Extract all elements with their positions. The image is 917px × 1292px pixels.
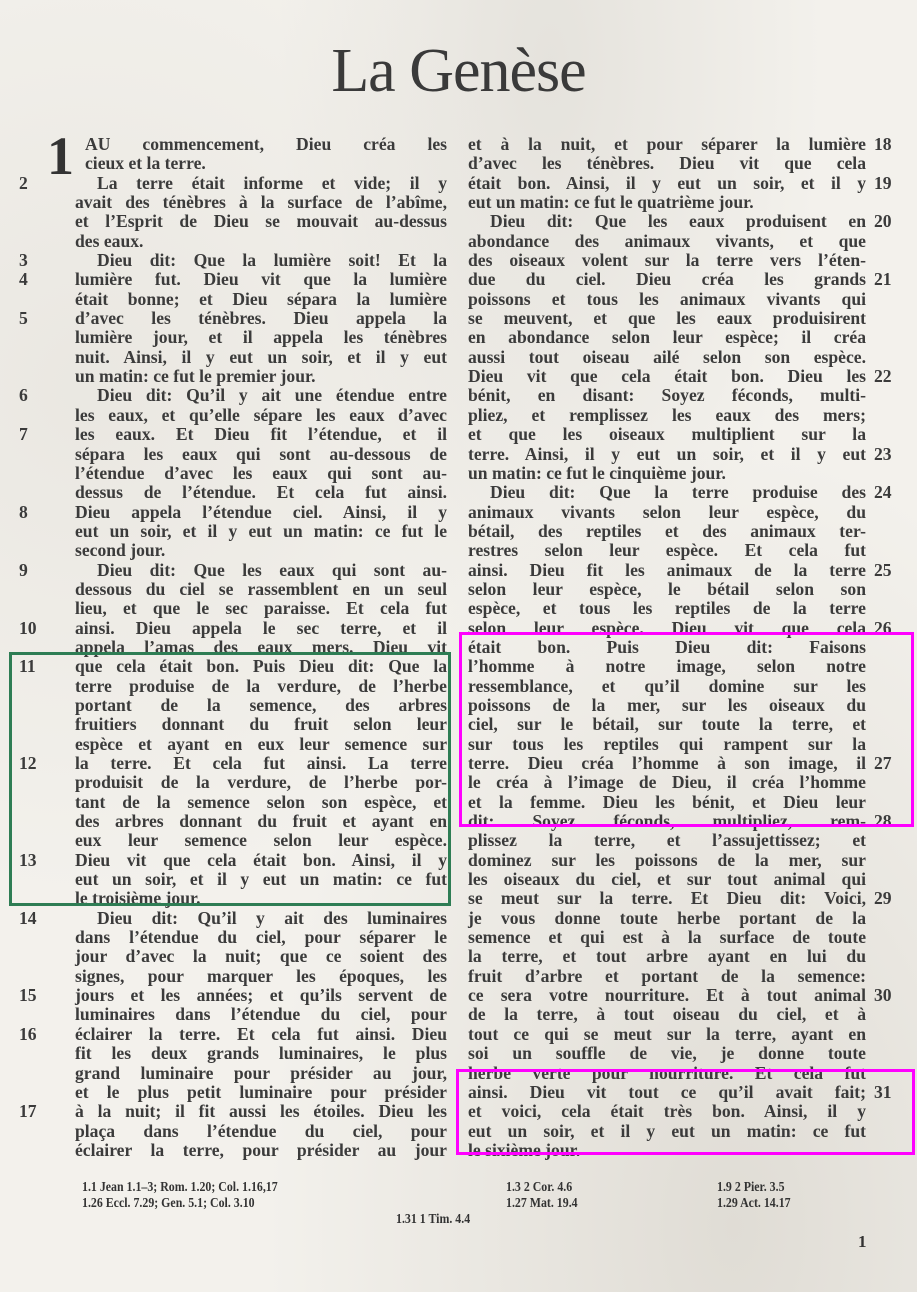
text-line: avait des ténèbres à la surface de l’abî… xyxy=(75,193,447,212)
line-text: que cela était bon. Puis Dieu dit: Que l… xyxy=(75,656,447,676)
line-text: dominez sur les poissons de la mer, sur xyxy=(468,850,866,870)
line-text: abondance des animaux vivants, et que xyxy=(468,231,866,251)
verse-number: 10 xyxy=(19,619,59,638)
line-text: des arbres donnant du fruit et ayant en xyxy=(75,811,447,831)
page-number: 1 xyxy=(858,1232,867,1252)
text-line: un matin: ce fut le cinquième jour. xyxy=(468,464,866,483)
text-line: plissez la terre, et l’assujettissez; et xyxy=(468,831,866,850)
text-line: Dieu dit: Qu’il y ait une étendue entre6 xyxy=(75,386,447,405)
line-text: La terre était informe et vide; il y xyxy=(97,173,447,193)
text-line: espèce, et tous les reptiles de la terre xyxy=(468,599,866,618)
text-line: dit: Soyez féconds, multipliez, rem-28 xyxy=(468,812,866,831)
text-line: d’avec les ténèbres. Dieu vit que cela xyxy=(468,154,866,173)
verse-number: 13 xyxy=(19,851,59,870)
line-text: les eaux. Et Dieu fit l’étendue, et il xyxy=(75,424,447,444)
text-line: sur tous les reptiles qui rampent sur la xyxy=(468,735,866,754)
text-line: je vous donne toute herbe portant de la xyxy=(468,909,866,928)
verse-number: 27 xyxy=(874,754,914,773)
line-text: le troisième jour. xyxy=(75,888,201,908)
text-line: Dieu dit: Que la lumière soit! Et la3 xyxy=(75,251,447,270)
line-text: le créa à l’image de Dieu, il créa l’hom… xyxy=(468,772,866,792)
right-text-column: et à la nuit, et pour séparer la lumière… xyxy=(468,135,866,1160)
line-text: fruit d’arbre et portant de la semence: xyxy=(468,966,866,986)
text-line: la terre, et tout arbre ayant en lui du xyxy=(468,947,866,966)
text-line: dessous du ciel se rassemblent en un seu… xyxy=(75,580,447,599)
cross-reference: 1.29 Act. 14.17 xyxy=(717,1195,791,1211)
text-line: Dieu vit que cela était bon. Ainsi, il y… xyxy=(75,851,447,870)
verse-number: 2 xyxy=(19,174,59,193)
line-text: eut un soir, et il y eut un matin: ce fu… xyxy=(75,869,447,889)
text-line: le sixième jour. xyxy=(468,1141,866,1160)
line-text: ce sera votre nourriture. Et à tout anim… xyxy=(468,985,866,1005)
verse-number: 9 xyxy=(19,561,59,580)
line-text: le sixième jour. xyxy=(468,1140,580,1160)
line-text: eut un soir, et il y eut un matin: ce fu… xyxy=(468,1121,866,1141)
text-line: fruit d’arbre et portant de la semence: xyxy=(468,967,866,986)
text-line: et à la nuit, et pour séparer la lumière… xyxy=(468,135,866,154)
text-line: dans l’étendue du ciel, pour séparer le xyxy=(75,928,447,947)
cross-references-col2: 1.3 2 Cor. 4.6 1.27 Mat. 19.4 xyxy=(506,1179,578,1211)
text-line: tant de la semence selon son espèce, et xyxy=(75,793,447,812)
text-line: eut un soir, et il y eut un matin: ce fu… xyxy=(75,522,447,541)
text-line: abondance des animaux vivants, et que xyxy=(468,232,866,251)
line-text: grand luminaire pour présider au jour, xyxy=(75,1063,447,1083)
line-text: bétail, des reptiles et des animaux ter- xyxy=(468,521,866,541)
line-text: la terre. Et cela fut ainsi. La terre xyxy=(75,753,447,773)
line-text: et le plus petit luminaire pour présider xyxy=(75,1082,447,1102)
line-text: terre. Ainsi, il y eut un soir, et il y … xyxy=(468,444,866,464)
text-line: lumière jour, et il appela les ténèbres xyxy=(75,328,447,347)
text-line: fruitiers donnant du fruit selon leur xyxy=(75,715,447,734)
cross-reference: 1.1 Jean 1.1–3; Rom. 1.20; Col. 1.16,17 xyxy=(82,1179,278,1195)
text-line: plaça dans l’étendue du ciel, pour xyxy=(75,1122,447,1141)
line-text: et l’Esprit de Dieu se mouvait au-dessus xyxy=(75,211,447,231)
text-line: soi un souffle de vie, je donne toute xyxy=(468,1044,866,1063)
line-text: eut un matin: ce fut le quatrième jour. xyxy=(468,192,754,212)
line-text: portant de la semence, des arbres xyxy=(75,695,447,715)
text-line: et que les oiseaux multiplient sur la xyxy=(468,425,866,444)
cross-reference: 1.26 Eccl. 7.29; Gen. 5.1; Col. 3.10 xyxy=(82,1195,278,1211)
line-text: Dieu vit que cela était bon. Ainsi, il y xyxy=(75,850,447,870)
text-line: poissons et tous les animaux vivants qui xyxy=(468,290,866,309)
cross-reference: 1.3 2 Cor. 4.6 xyxy=(506,1179,578,1195)
text-line: portant de la semence, des arbres xyxy=(75,696,447,715)
line-text: nuit. Ainsi, il y eut un soir, et il y e… xyxy=(75,347,447,367)
text-line: eut un matin: ce fut le quatrième jour. xyxy=(468,193,866,212)
line-text: eux leur semence selon leur espèce. xyxy=(75,830,447,850)
text-line: Dieu dit: Que les eaux qui sont au-9 xyxy=(75,561,447,580)
verse-number: 3 xyxy=(19,251,59,270)
line-text: se meut sur la terre. Et Dieu dit: Voici… xyxy=(468,888,866,908)
line-text: selon leur espèce, le bétail selon son xyxy=(468,579,866,599)
text-line: d’avec les ténèbres. Dieu appela la5 xyxy=(75,309,447,328)
verse-number: 18 xyxy=(874,135,914,154)
line-text: l’étendue d’avec les eaux qui sont au- xyxy=(75,463,447,483)
text-line: le troisième jour. xyxy=(75,889,447,908)
line-text: due du ciel. Dieu créa les grands xyxy=(468,269,866,289)
verse-number: 17 xyxy=(19,1102,59,1121)
text-line: appela l’amas des eaux mers. Dieu vit xyxy=(75,638,447,657)
text-line: et voici, cela était très bon. Ainsi, il… xyxy=(468,1102,866,1121)
verse-number: 8 xyxy=(19,503,59,522)
line-text: lumière jour, et il appela les ténèbres xyxy=(75,327,447,347)
text-line: à la nuit; il fit aussi les étoiles. Die… xyxy=(75,1102,447,1121)
line-text: d’avec les ténèbres. Dieu vit que cela xyxy=(468,153,866,173)
line-text: de la terre, à tout oiseau du ciel, et à xyxy=(468,1004,866,1024)
line-text: dans l’étendue du ciel, pour séparer le xyxy=(75,927,447,947)
line-text: semence et qui est à la surface de toute xyxy=(468,927,866,947)
text-line: des oiseaux volent sur la terre vers l’é… xyxy=(468,251,866,270)
line-text: Dieu dit: Que la terre produise des xyxy=(490,482,866,502)
verse-number: 26 xyxy=(874,619,914,638)
line-text: Dieu dit: Qu’il y ait des luminaires xyxy=(97,908,447,928)
verse-number: 14 xyxy=(19,909,59,928)
text-line: jour d’avec la nuit; que ce soient des xyxy=(75,947,447,966)
line-text: plissez la terre, et l’assujettissez; et xyxy=(468,830,866,850)
text-line: que cela était bon. Puis Dieu dit: Que l… xyxy=(75,657,447,676)
text-line: de la terre, à tout oiseau du ciel, et à xyxy=(468,1005,866,1024)
text-line: cieux et la terre. xyxy=(75,154,447,173)
line-text: jours et les années; et qu’ils servent d… xyxy=(75,985,447,1005)
line-text: était bonne; et Dieu sépara la lumière xyxy=(75,289,447,309)
line-text: luminaires dans l’étendue du ciel, pour xyxy=(75,1004,447,1024)
line-text: pliez, et remplissez les eaux des mers; xyxy=(468,405,866,425)
text-line: la terre. Et cela fut ainsi. La terre12 xyxy=(75,754,447,773)
line-text: jour d’avec la nuit; que ce soient des xyxy=(75,946,447,966)
line-text: dit: Soyez féconds, multipliez, rem- xyxy=(468,811,866,831)
text-line: des arbres donnant du fruit et ayant en xyxy=(75,812,447,831)
text-line: ce sera votre nourriture. Et à tout anim… xyxy=(468,986,866,1005)
line-text: cieux et la terre. xyxy=(85,153,206,173)
line-text: l’homme à notre image, selon notre xyxy=(468,656,866,676)
text-line: pliez, et remplissez les eaux des mers; xyxy=(468,406,866,425)
line-text: d’avec les ténèbres. Dieu appela la xyxy=(75,308,447,328)
line-text: espèce, et tous les reptiles de la terre xyxy=(468,598,866,618)
line-text: poissons et tous les animaux vivants qui xyxy=(468,289,866,309)
verse-number: 4 xyxy=(19,270,59,289)
text-line: lumière fut. Dieu vit que la lumière4 xyxy=(75,270,447,289)
verse-number: 12 xyxy=(19,754,59,773)
cross-reference-center: 1.31 1 Tim. 4.4 xyxy=(396,1211,470,1227)
cross-references-col1: 1.1 Jean 1.1–3; Rom. 1.20; Col. 1.16,17 … xyxy=(82,1179,278,1211)
text-line: Dieu dit: Que les eaux produisent en20 xyxy=(468,212,866,231)
verse-number: 19 xyxy=(874,174,914,193)
cross-reference: 1.9 2 Pier. 3.5 xyxy=(717,1179,791,1195)
line-text: animaux vivants selon leur espèce, du xyxy=(468,502,866,522)
verse-number: 6 xyxy=(19,386,59,405)
line-text: restres selon leur espèce. Et cela fut xyxy=(468,540,866,560)
line-text: Dieu dit: Que les eaux qui sont au- xyxy=(97,560,447,580)
line-text: Dieu vit que cela était bon. Dieu les xyxy=(468,366,866,386)
line-text: lieu, et que le sec paraisse. Et cela fu… xyxy=(75,598,447,618)
text-line: Dieu dit: Qu’il y ait des luminaires14 xyxy=(75,909,447,928)
text-line: selon leur espèce, le bétail selon son xyxy=(468,580,866,599)
text-line: tout ce qui se meut sur la terre, ayant … xyxy=(468,1025,866,1044)
text-line: eut un soir, et il y eut un matin: ce fu… xyxy=(75,870,447,889)
line-text: un matin: ce fut le cinquième jour. xyxy=(468,463,726,483)
text-line: Dieu vit que cela était bon. Dieu les22 xyxy=(468,367,866,386)
verse-number: 29 xyxy=(874,889,914,908)
text-line: second jour. xyxy=(75,541,447,560)
line-text: les eaux, et qu’elle sépare les eaux d’a… xyxy=(75,405,447,425)
line-text: selon leur espèce. Dieu vit que cela xyxy=(468,618,866,638)
verse-number: 5 xyxy=(19,309,59,328)
book-title: La Genèse xyxy=(0,36,917,107)
line-text: ainsi. Dieu fit les animaux de la terre xyxy=(468,560,866,580)
text-line: ainsi. Dieu vit tout ce qu’il avait fait… xyxy=(468,1083,866,1102)
line-text: second jour. xyxy=(75,540,165,560)
text-line: ressemblance, et qu’il domine sur les xyxy=(468,677,866,696)
text-line: Dieu dit: Que la terre produise des24 xyxy=(468,483,866,502)
line-text: lumière fut. Dieu vit que la lumière xyxy=(75,269,447,289)
line-text: AU commencement, Dieu créa les xyxy=(85,134,447,154)
text-line: dominez sur les poissons de la mer, sur xyxy=(468,851,866,870)
text-line: nuit. Ainsi, il y eut un soir, et il y e… xyxy=(75,348,447,367)
verse-number: 11 xyxy=(19,657,59,676)
text-line: poissons de la mer, sur les oiseaux du xyxy=(468,696,866,715)
text-line: se meuvent, et que les eaux produisirent xyxy=(468,309,866,328)
text-line: ainsi. Dieu appela le sec terre, et il10 xyxy=(75,619,447,638)
text-line: AU commencement, Dieu créa les xyxy=(75,135,447,154)
verse-number: 22 xyxy=(874,367,914,386)
line-text: la terre, et tout arbre ayant en lui du xyxy=(468,946,866,966)
line-text: se meuvent, et que les eaux produisirent xyxy=(468,308,866,328)
verse-number: 30 xyxy=(874,986,914,1005)
text-line: des eaux. xyxy=(75,232,447,251)
line-text: était bon. Puis Dieu dit: Faisons xyxy=(468,637,866,657)
line-text: terre. Dieu créa l’homme à son image, il xyxy=(468,753,866,773)
line-text: poissons de la mer, sur les oiseaux du xyxy=(468,695,866,715)
text-line: animaux vivants selon leur espèce, du xyxy=(468,503,866,522)
text-line: terre. Dieu créa l’homme à son image, il… xyxy=(468,754,866,773)
text-line: l’étendue d’avec les eaux qui sont au- xyxy=(75,464,447,483)
text-line: Dieu appela l’étendue ciel. Ainsi, il y8 xyxy=(75,503,447,522)
line-text: et voici, cela était très bon. Ainsi, il… xyxy=(468,1101,866,1121)
text-line: les oiseaux du ciel, et sur tout animal … xyxy=(468,870,866,889)
verse-number: 15 xyxy=(19,986,59,1005)
line-text: les oiseaux du ciel, et sur tout animal … xyxy=(468,869,866,889)
text-line: et le plus petit luminaire pour présider xyxy=(75,1083,447,1102)
text-line: signes, pour marquer les époques, les xyxy=(75,967,447,986)
text-line: en abondance selon leur espèce; il créa xyxy=(468,328,866,347)
line-text: je vous donne toute herbe portant de la xyxy=(468,908,866,928)
text-line: les eaux, et qu’elle sépare les eaux d’a… xyxy=(75,406,447,425)
line-text: appela l’amas des eaux mers. Dieu vit xyxy=(75,637,447,657)
line-text: et à la nuit, et pour séparer la lumière xyxy=(468,134,866,154)
text-line: et la femme. Dieu les bénit, et Dieu leu… xyxy=(468,793,866,812)
line-text: tant de la semence selon son espèce, et xyxy=(75,792,447,812)
text-line: éclairer la terre. Et cela fut ainsi. Di… xyxy=(75,1025,447,1044)
text-line: bétail, des reptiles et des animaux ter- xyxy=(468,522,866,541)
text-line: ainsi. Dieu fit les animaux de la terre2… xyxy=(468,561,866,580)
line-text: espèce et ayant en eux leur semence sur xyxy=(75,734,447,754)
text-line: était bonne; et Dieu sépara la lumière xyxy=(75,290,447,309)
text-line: fit les deux grands luminaires, le plus xyxy=(75,1044,447,1063)
line-text: soi un souffle de vie, je donne toute xyxy=(468,1043,866,1063)
text-line: les eaux. Et Dieu fit l’étendue, et il7 xyxy=(75,425,447,444)
line-text: produisit de la verdure, de l’herbe por- xyxy=(75,772,447,792)
line-text: dessous du ciel se rassemblent en un seu… xyxy=(75,579,447,599)
line-text: aussi tout oiseau ailé selon son espèce. xyxy=(468,347,866,367)
text-line: jours et les années; et qu’ils servent d… xyxy=(75,986,447,1005)
text-line: grand luminaire pour présider au jour, xyxy=(75,1064,447,1083)
cross-references-col3: 1.9 2 Pier. 3.5 1.29 Act. 14.17 xyxy=(717,1179,791,1211)
line-text: dessus de l’étendue. Et cela fut ainsi. xyxy=(75,482,447,502)
line-text: eut un soir, et il y eut un matin: ce fu… xyxy=(75,521,447,541)
line-text: Dieu appela l’étendue ciel. Ainsi, il y xyxy=(75,502,447,522)
line-text: ressemblance, et qu’il domine sur les xyxy=(468,676,866,696)
verse-number: 25 xyxy=(874,561,914,580)
line-text: Dieu dit: Qu’il y ait une étendue entre xyxy=(97,385,447,405)
text-line: espèce et ayant en eux leur semence sur xyxy=(75,735,447,754)
line-text: et la femme. Dieu les bénit, et Dieu leu… xyxy=(468,792,866,812)
line-text: tout ce qui se meut sur la terre, ayant … xyxy=(468,1024,866,1044)
text-line: terre. Ainsi, il y eut un soir, et il y … xyxy=(468,445,866,464)
text-line: sépara les eaux qui sont au-dessous de xyxy=(75,445,447,464)
text-line: herbe verte pour nourriture. Et cela fut xyxy=(468,1064,866,1083)
line-text: éclairer la terre, pour présider au jour xyxy=(75,1140,447,1160)
text-line: produisit de la verdure, de l’herbe por- xyxy=(75,773,447,792)
line-text: ainsi. Dieu vit tout ce qu’il avait fait… xyxy=(468,1082,866,1102)
line-text: des eaux. xyxy=(75,231,143,251)
line-text: fruitiers donnant du fruit selon leur xyxy=(75,714,447,734)
verse-number: 31 xyxy=(874,1083,914,1102)
line-text: sépara les eaux qui sont au-dessous de xyxy=(75,444,447,464)
text-line: due du ciel. Dieu créa les grands21 xyxy=(468,270,866,289)
line-text: et que les oiseaux multiplient sur la xyxy=(468,424,866,444)
text-line: eut un soir, et il y eut un matin: ce fu… xyxy=(468,1122,866,1141)
text-line: ciel, sur le bétail, sur toute la terre,… xyxy=(468,715,866,734)
verse-number: 16 xyxy=(19,1025,59,1044)
line-text: était bon. Ainsi, il y eut un soir, et i… xyxy=(468,173,866,193)
text-line: l’homme à notre image, selon notre xyxy=(468,657,866,676)
text-line: et l’Esprit de Dieu se mouvait au-dessus xyxy=(75,212,447,231)
text-line: se meut sur la terre. Et Dieu dit: Voici… xyxy=(468,889,866,908)
line-text: des oiseaux volent sur la terre vers l’é… xyxy=(468,250,866,270)
text-line: La terre était informe et vide; il y2 xyxy=(75,174,447,193)
text-line: eux leur semence selon leur espèce. xyxy=(75,831,447,850)
line-text: éclairer la terre. Et cela fut ainsi. Di… xyxy=(75,1024,447,1044)
text-line: bénit, en disant: Soyez féconds, multi- xyxy=(468,386,866,405)
verse-number: 20 xyxy=(874,212,914,231)
text-line: luminaires dans l’étendue du ciel, pour xyxy=(75,1005,447,1024)
text-line: le créa à l’image de Dieu, il créa l’hom… xyxy=(468,773,866,792)
verse-number: 24 xyxy=(874,483,914,502)
text-line: terre produise de la verdure, de l’herbe xyxy=(75,677,447,696)
left-text-column: AU commencement, Dieu créa lescieux et l… xyxy=(75,135,447,1160)
line-text: avait des ténèbres à la surface de l’abî… xyxy=(75,192,447,212)
text-line: aussi tout oiseau ailé selon son espèce. xyxy=(468,348,866,367)
verse-number: 23 xyxy=(874,445,914,464)
text-line: semence et qui est à la surface de toute xyxy=(468,928,866,947)
line-text: herbe verte pour nourriture. Et cela fut xyxy=(468,1063,866,1083)
line-text: terre produise de la verdure, de l’herbe xyxy=(75,676,447,696)
verse-number: 21 xyxy=(874,270,914,289)
text-line: restres selon leur espèce. Et cela fut xyxy=(468,541,866,560)
text-line: était bon. Ainsi, il y eut un soir, et i… xyxy=(468,174,866,193)
line-text: sur tous les reptiles qui rampent sur la xyxy=(468,734,866,754)
text-line: dessus de l’étendue. Et cela fut ainsi. xyxy=(75,483,447,502)
line-text: plaça dans l’étendue du ciel, pour xyxy=(75,1121,447,1141)
line-text: fit les deux grands luminaires, le plus xyxy=(75,1043,447,1063)
text-line: éclairer la terre, pour présider au jour xyxy=(75,1141,447,1160)
line-text: ainsi. Dieu appela le sec terre, et il xyxy=(75,618,447,638)
line-text: un matin: ce fut le premier jour. xyxy=(75,366,316,386)
text-line: était bon. Puis Dieu dit: Faisons xyxy=(468,638,866,657)
line-text: signes, pour marquer les époques, les xyxy=(75,966,447,986)
verse-number: 7 xyxy=(19,425,59,444)
line-text: Dieu dit: Que la lumière soit! Et la xyxy=(97,250,447,270)
line-text: à la nuit; il fit aussi les étoiles. Die… xyxy=(75,1101,447,1121)
line-text: en abondance selon leur espèce; il créa xyxy=(468,327,866,347)
line-text: ciel, sur le bétail, sur toute la terre,… xyxy=(468,714,866,734)
cross-reference: 1.31 1 Tim. 4.4 xyxy=(396,1211,470,1227)
text-line: lieu, et que le sec paraisse. Et cela fu… xyxy=(75,599,447,618)
line-text: Dieu dit: Que les eaux produisent en xyxy=(490,211,866,231)
text-line: un matin: ce fut le premier jour. xyxy=(75,367,447,386)
line-text: bénit, en disant: Soyez féconds, multi- xyxy=(468,385,866,405)
verse-number: 28 xyxy=(874,812,914,831)
text-line: selon leur espèce. Dieu vit que cela26 xyxy=(468,619,866,638)
cross-reference: 1.27 Mat. 19.4 xyxy=(506,1195,578,1211)
